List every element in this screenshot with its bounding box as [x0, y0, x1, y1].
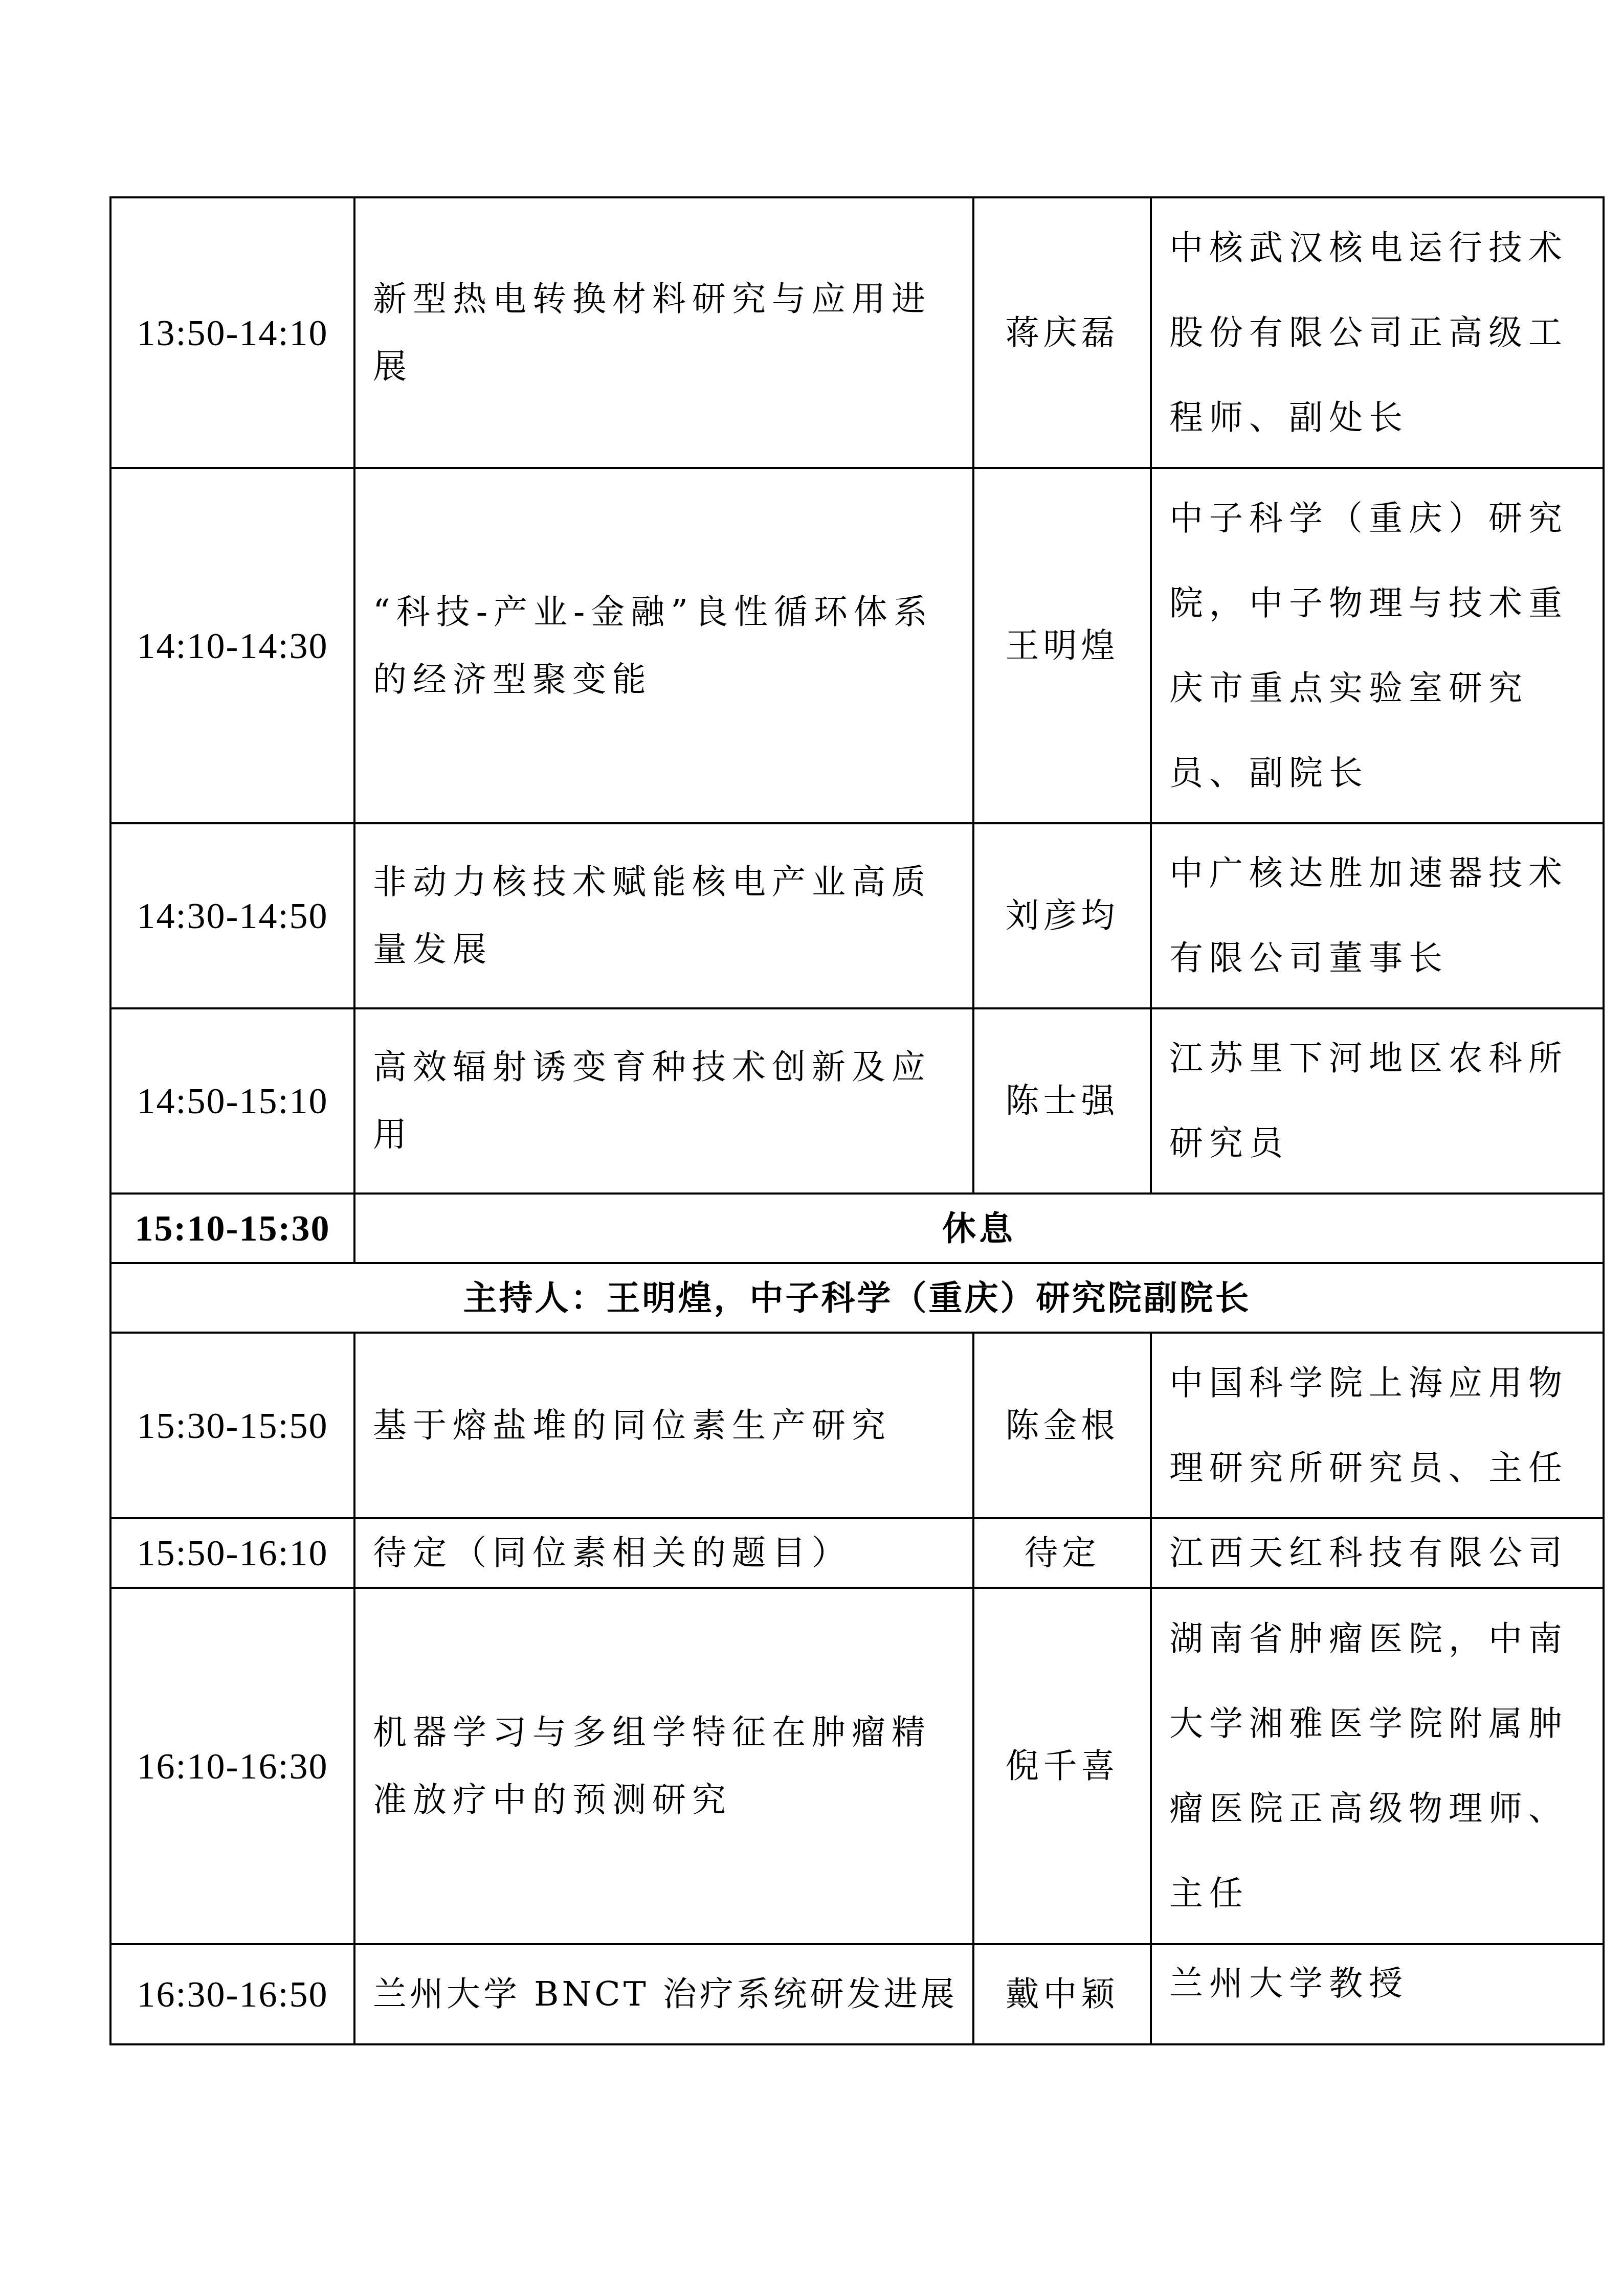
affiliation-line: 理研究所研究员、主任	[1169, 1426, 1594, 1511]
title-cell: 非动力核技术赋能核电产业高质 量发展	[354, 823, 973, 1008]
affiliation-line: 院，中子物理与技术重	[1169, 561, 1594, 646]
time-cell: 14:10-14:30	[110, 468, 354, 823]
title-cell: 兰州大学 BNCT 治疗系统研发进展	[354, 1944, 973, 2044]
affiliation-line: 股份有限公司正高级工	[1169, 290, 1594, 375]
time-text: 16:30-16:50	[137, 1974, 328, 2015]
time-text: 14:10-14:30	[137, 625, 328, 666]
time-text: 14:50-15:10	[137, 1081, 328, 1121]
break-row: 15:10-15:30 休息	[110, 1194, 1604, 1263]
title-line: 展	[373, 333, 962, 400]
title-line: 准放疗中的预测研究	[373, 1766, 962, 1834]
speaker-cell: 待定	[973, 1518, 1151, 1588]
affiliation-cell: 湖南省肿瘤医院，中南 大学湘雅医学院附属肿 瘤医院正高级物理师、 主任	[1151, 1588, 1604, 1944]
table-row: 14:50-15:10 高效辐射诱变育种技术创新及应 用 陈士强 江苏里下河地区…	[110, 1008, 1604, 1194]
title-line: 新型热电转换材料研究与应用进	[373, 265, 962, 333]
title-line: 量发展	[373, 916, 962, 983]
affiliation-line: 中子科学（重庆）研究	[1169, 476, 1594, 561]
speaker-cell: 蒋庆磊	[973, 197, 1151, 468]
title-cell: 新型热电转换材料研究与应用进 展	[354, 197, 973, 468]
time-cell: 15:30-15:50	[110, 1333, 354, 1518]
time-text: 15:30-15:50	[137, 1405, 328, 1446]
affiliation-line: 中核武汉核电运行技术	[1169, 206, 1594, 290]
affiliation-line: 研究员	[1169, 1101, 1594, 1186]
table-row: 13:50-14:10 新型热电转换材料研究与应用进 展 蒋庆磊 中核武汉核电运…	[110, 197, 1604, 468]
affiliation-cell: 中广核达胜加速器技术 有限公司董事长	[1151, 823, 1604, 1008]
time-cell: 14:50-15:10	[110, 1008, 354, 1194]
speaker-cell: 刘彦均	[973, 823, 1151, 1008]
time-text: 16:10-16:30	[137, 1746, 328, 1787]
title-cell: 高效辐射诱变育种技术创新及应 用	[354, 1008, 973, 1194]
table-row: 16:30-16:50 兰州大学 BNCT 治疗系统研发进展 戴中颖 兰州大学教…	[110, 1944, 1604, 2044]
title-line: “科技-产业-金融”良性循环体系	[373, 578, 962, 646]
time-cell: 15:50-16:10	[110, 1518, 354, 1588]
affiliation-line: 兰州大学教授	[1169, 1955, 1594, 2012]
speaker-cell: 王明煌	[973, 468, 1151, 823]
affiliation-line: 江西天红科技有限公司	[1169, 1519, 1594, 1587]
affiliation-line: 中广核达胜加速器技术	[1169, 831, 1594, 916]
title-line: 非动力核技术赋能核电产业高质	[373, 848, 962, 916]
break-label: 休息	[354, 1194, 1604, 1263]
title-cell: 基于熔盐堆的同位素生产研究	[354, 1333, 973, 1518]
time-cell: 13:50-14:10	[110, 197, 354, 468]
speaker-cell: 倪千喜	[973, 1588, 1151, 1944]
time-text: 15:50-16:10	[137, 1533, 328, 1573]
host-row: 主持人：王明煌，中子科学（重庆）研究院副院长	[110, 1263, 1604, 1333]
speaker-cell: 戴中颖	[973, 1944, 1151, 2044]
host-label: 主持人：王明煌，中子科学（重庆）研究院副院长	[110, 1263, 1604, 1333]
table-row: 14:10-14:30 “科技-产业-金融”良性循环体系 的经济型聚变能 王明煌…	[110, 468, 1604, 823]
table-row: 15:50-16:10 待定（同位素相关的题目） 待定 江西天红科技有限公司	[110, 1518, 1604, 1588]
affiliation-cell: 江苏里下河地区农科所 研究员	[1151, 1008, 1604, 1194]
title-line: 用	[373, 1101, 962, 1168]
affiliation-line: 庆市重点实验室研究	[1169, 646, 1594, 731]
affiliation-line: 主任	[1169, 1851, 1594, 1936]
title-line: 高效辐射诱变育种技术创新及应	[373, 1033, 962, 1101]
affiliation-line: 员、副院长	[1169, 731, 1594, 816]
title-cell: 待定（同位素相关的题目）	[354, 1518, 973, 1588]
break-time-text: 15:10-15:30	[135, 1208, 330, 1249]
time-cell: 16:10-16:30	[110, 1588, 354, 1944]
affiliation-cell: 江西天红科技有限公司	[1151, 1518, 1604, 1588]
table-row: 14:30-14:50 非动力核技术赋能核电产业高质 量发展 刘彦均 中广核达胜…	[110, 823, 1604, 1008]
title-line: 基于熔盐堆的同位素生产研究	[373, 1392, 962, 1459]
table-row: 15:30-15:50 基于熔盐堆的同位素生产研究 陈金根 中国科学院上海应用物…	[110, 1333, 1604, 1518]
agenda-table: 13:50-14:10 新型热电转换材料研究与应用进 展 蒋庆磊 中核武汉核电运…	[109, 196, 1605, 2045]
affiliation-line: 江苏里下河地区农科所	[1169, 1016, 1594, 1101]
title-cell: 机器学习与多组学特征在肿瘤精 准放疗中的预测研究	[354, 1588, 973, 1944]
affiliation-line: 大学湘雅医学院附属肿	[1169, 1681, 1594, 1766]
speaker-cell: 陈士强	[973, 1008, 1151, 1194]
affiliation-cell: 中核武汉核电运行技术 股份有限公司正高级工 程师、副处长	[1151, 197, 1604, 468]
speaker-cell: 陈金根	[973, 1333, 1151, 1518]
title-cell: “科技-产业-金融”良性循环体系 的经济型聚变能	[354, 468, 973, 823]
affiliation-line: 湖南省肿瘤医院，中南	[1169, 1596, 1594, 1681]
title-line: 机器学习与多组学特征在肿瘤精	[373, 1699, 962, 1766]
time-text: 14:30-14:50	[137, 895, 328, 936]
time-cell: 16:30-16:50	[110, 1944, 354, 2044]
affiliation-cell: 中国科学院上海应用物 理研究所研究员、主任	[1151, 1333, 1604, 1518]
time-cell: 14:30-14:50	[110, 823, 354, 1008]
time-text: 13:50-14:10	[137, 312, 328, 353]
title-line: 兰州大学 BNCT 治疗系统研发进展	[373, 1961, 962, 2028]
affiliation-line: 有限公司董事长	[1169, 916, 1594, 1001]
affiliation-line: 程师、副处长	[1169, 375, 1594, 460]
break-time-cell: 15:10-15:30	[110, 1194, 354, 1263]
title-line: 的经济型聚变能	[373, 646, 962, 713]
affiliation-line: 中国科学院上海应用物	[1169, 1341, 1594, 1426]
affiliation-cell: 中子科学（重庆）研究 院，中子物理与技术重 庆市重点实验室研究 员、副院长	[1151, 468, 1604, 823]
title-line: 待定（同位素相关的题目）	[373, 1519, 962, 1587]
affiliation-cell: 兰州大学教授	[1151, 1944, 1604, 2044]
table-row: 16:10-16:30 机器学习与多组学特征在肿瘤精 准放疗中的预测研究 倪千喜…	[110, 1588, 1604, 1944]
affiliation-line: 瘤医院正高级物理师、	[1169, 1766, 1594, 1851]
